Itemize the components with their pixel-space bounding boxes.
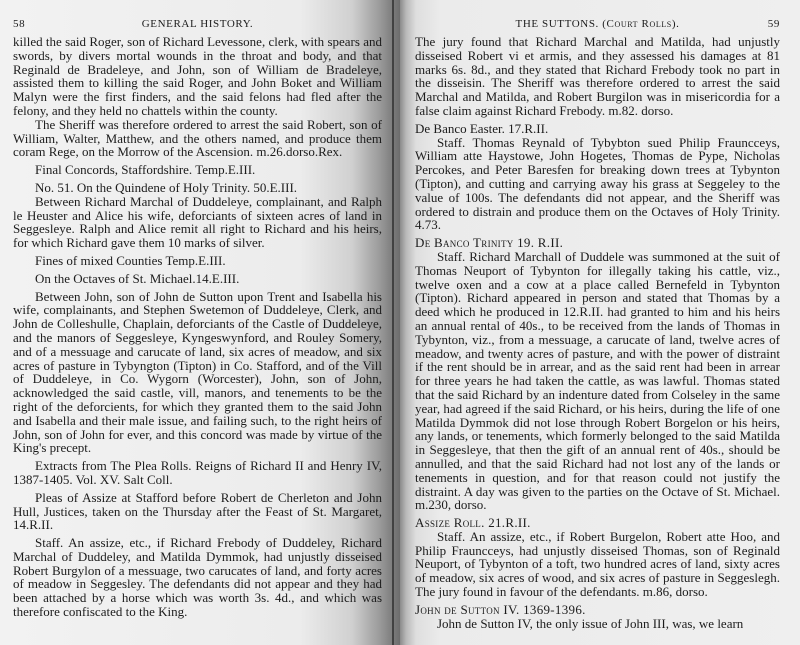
paragraph: killed the said Roger, son of Richard Le… bbox=[13, 35, 382, 118]
section-heading: John de Sutton IV. 1369-1396. bbox=[415, 603, 780, 617]
running-head-sub: (Court Rolls). bbox=[602, 18, 679, 30]
right-running-head: 00 THE SUTTONS. (Court Rolls). 59 bbox=[415, 18, 780, 32]
left-page: 58 GENERAL HISTORY. 00 killed the said R… bbox=[0, 0, 400, 645]
section-heading: De Banco Trinity 19. R.II. bbox=[415, 236, 780, 250]
running-head-title: THE SUTTONS. (Court Rolls). bbox=[427, 18, 768, 30]
left-running-head: 58 GENERAL HISTORY. 00 bbox=[13, 18, 382, 32]
book-gutter bbox=[392, 0, 394, 645]
paragraph: Staff. An assize, etc., if Robert Burgel… bbox=[415, 530, 780, 599]
paragraph: Staff. Richard Marchall of Duddele was s… bbox=[415, 250, 780, 512]
page-number: 59 bbox=[768, 18, 780, 30]
paragraph: The jury found that Richard Marchal and … bbox=[415, 35, 780, 118]
paragraph: The Sheriff was therefore ordered to arr… bbox=[13, 118, 382, 159]
section-heading: De Banco Easter. 17.R.II. bbox=[415, 122, 780, 136]
right-body-text: The jury found that Richard Marchal and … bbox=[415, 35, 780, 630]
paragraph: Staff. An assize, etc., if Richard Frebo… bbox=[13, 536, 382, 619]
section-heading: Fines of mixed Counties Temp.E.III. bbox=[13, 254, 382, 268]
section-heading: No. 51. On the Quindene of Holy Trinity.… bbox=[13, 181, 382, 195]
section-heading: Final Concords, Staffordshire. Temp.E.II… bbox=[13, 163, 382, 177]
section-heading: Assize Roll. 21.R.II. bbox=[415, 516, 780, 530]
paragraph: Staff. Thomas Reynald of Tybybton sued P… bbox=[415, 136, 780, 233]
running-head-main: THE SUTTONS. bbox=[516, 18, 599, 30]
right-page: 00 THE SUTTONS. (Court Rolls). 59 The ju… bbox=[400, 0, 800, 645]
section-heading: On the Octaves of St. Michael.14.E.III. bbox=[13, 272, 382, 286]
paragraph: Between John, son of John de Sutton upon… bbox=[13, 290, 382, 456]
page-number: 58 bbox=[13, 18, 25, 30]
left-body-text: killed the said Roger, son of Richard Le… bbox=[13, 35, 382, 619]
paragraph: Pleas of Assize at Stafford before Rober… bbox=[13, 491, 382, 532]
running-head-title: GENERAL HISTORY. bbox=[25, 18, 370, 30]
paragraph: Between Richard Marchal of Duddeleye, co… bbox=[13, 195, 382, 250]
paragraph: John de Sutton IV, the only issue of Joh… bbox=[415, 617, 780, 631]
book-spread: 58 GENERAL HISTORY. 00 killed the said R… bbox=[0, 0, 800, 645]
paragraph: Extracts from The Plea Rolls. Reigns of … bbox=[13, 459, 382, 487]
